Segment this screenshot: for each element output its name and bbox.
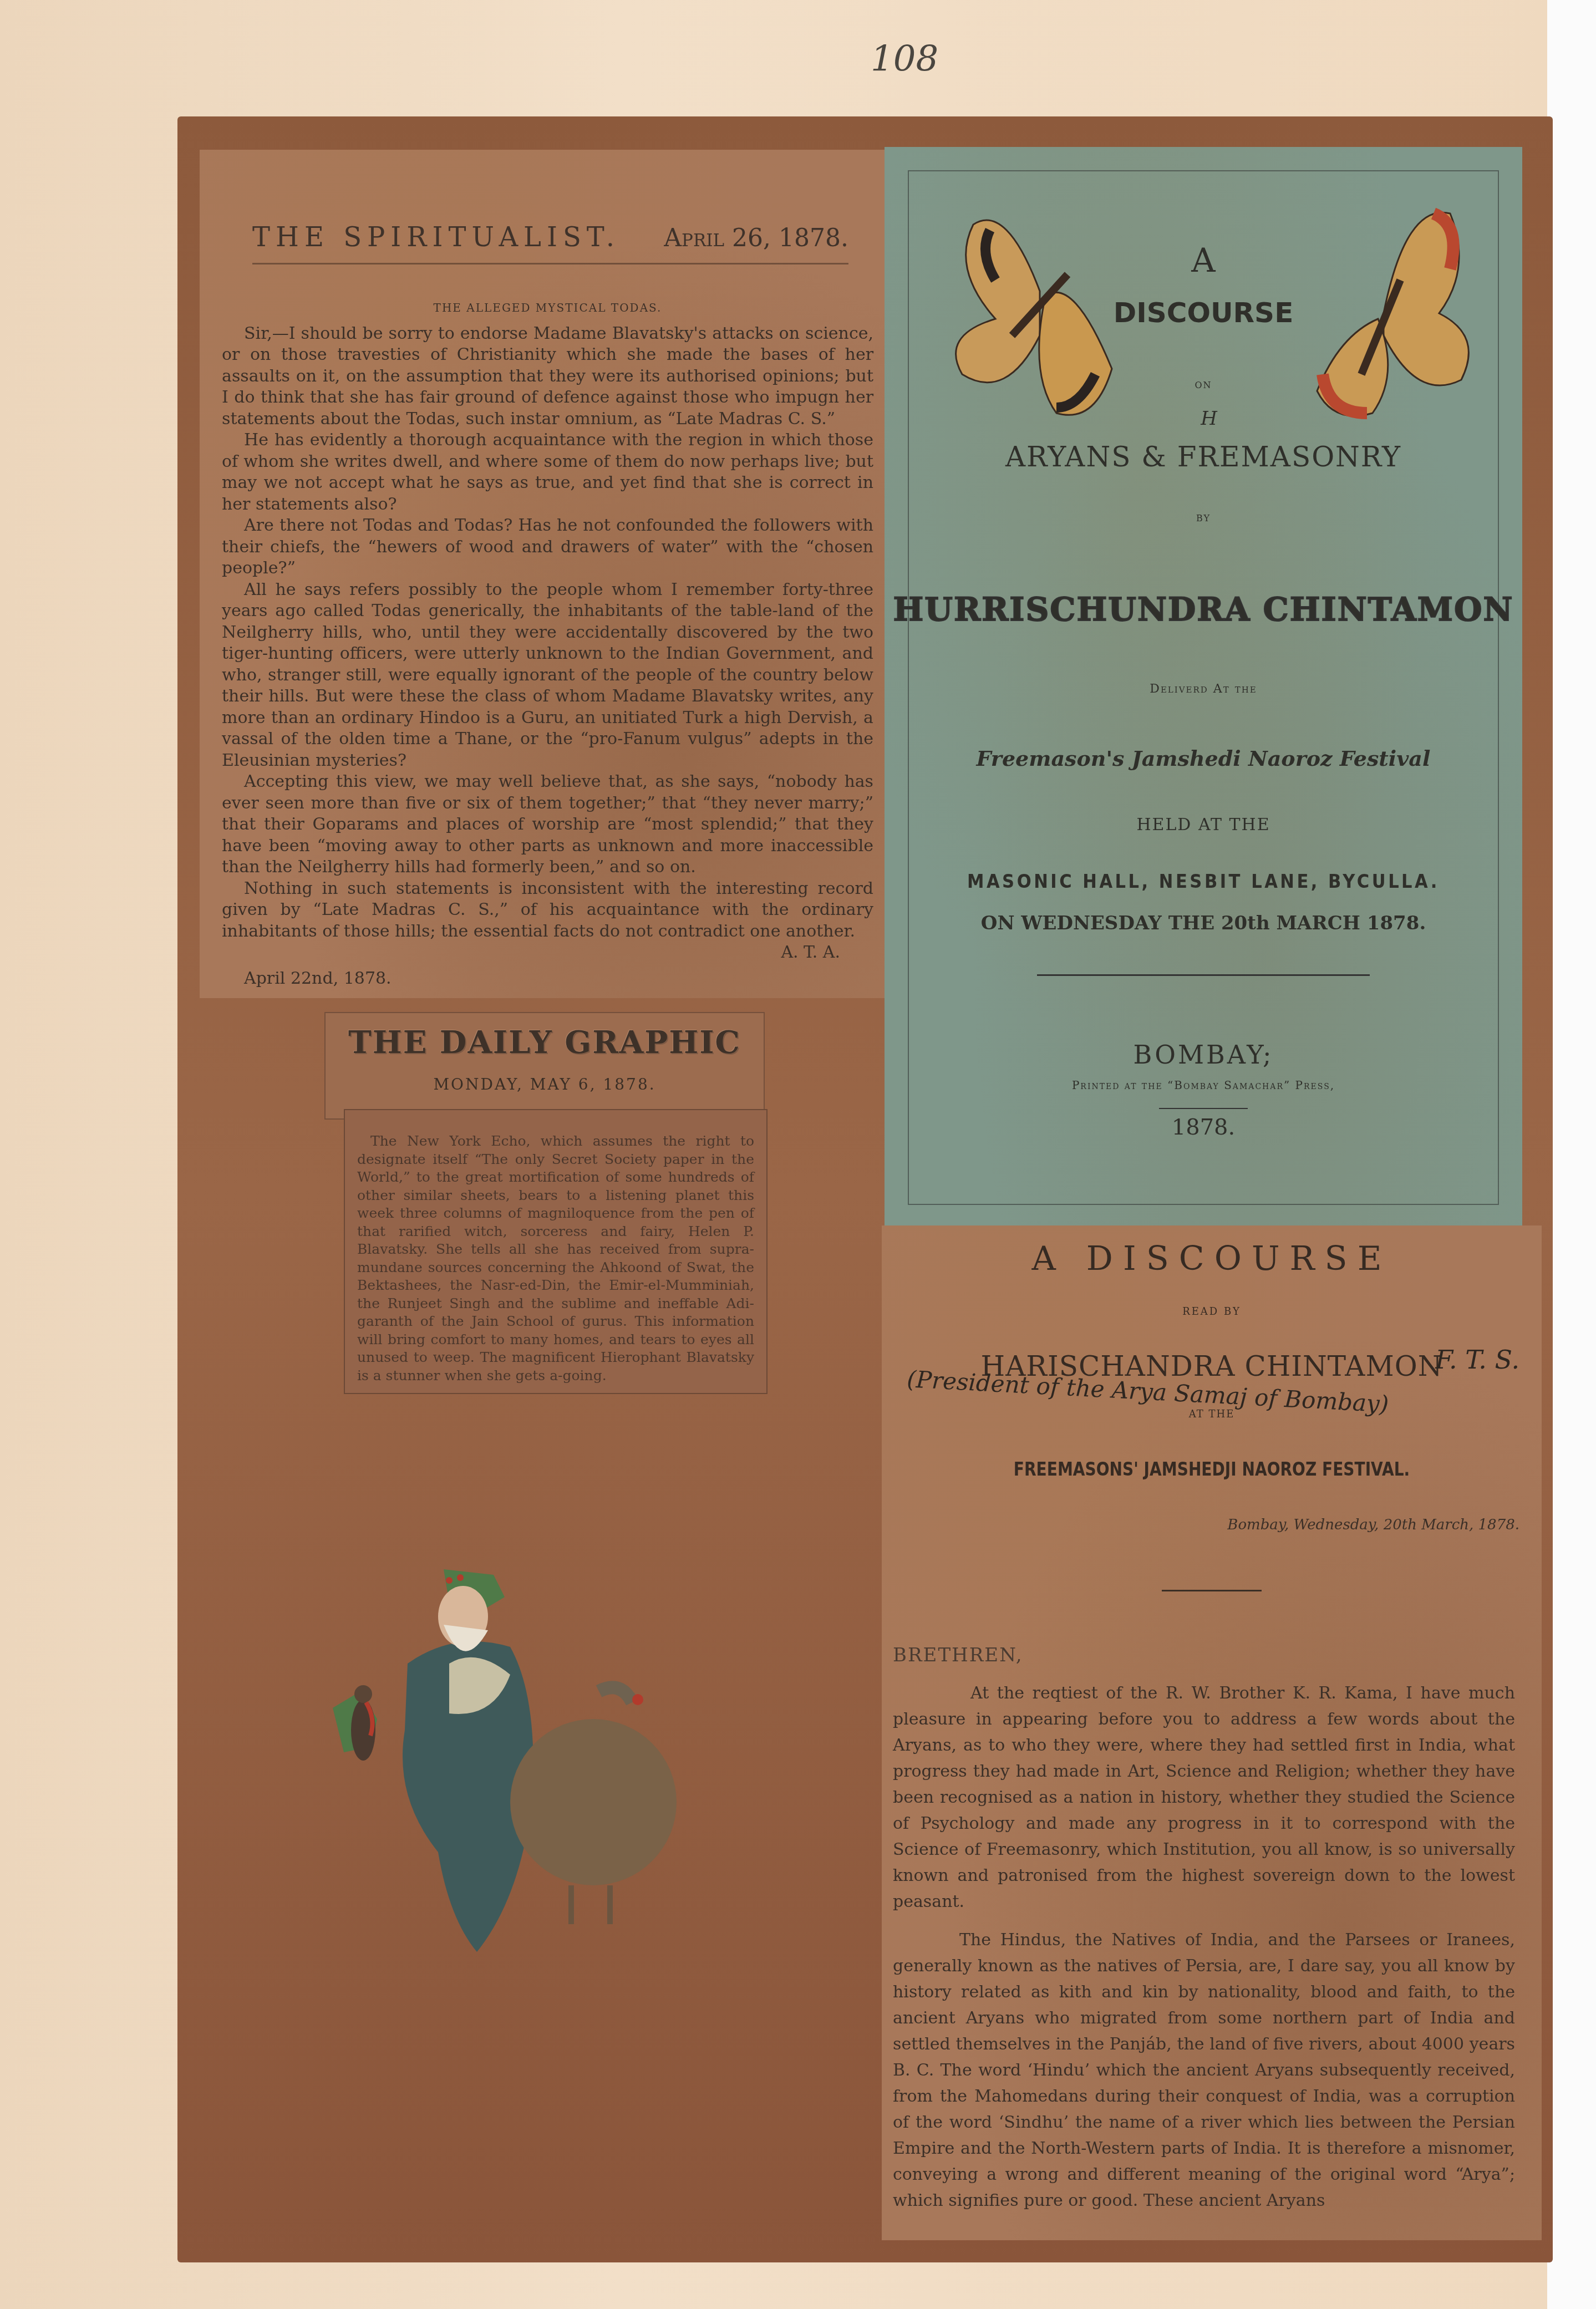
cover-venue: MASONIC HALL, NESBIT LANE, BYCULLA. [917,871,1491,893]
santa-figure-icon [403,1574,533,1952]
cover-date: ON WEDNESDAY THE 20th MARCH 1878. [885,912,1522,934]
handwritten-mark: H [896,408,1522,430]
discourse-salutation: BRETHREN, [893,1644,1023,1666]
article-paragraph: All he says refers possibly to the peopl… [222,579,873,772]
discourse-at-the: AT THE [882,1408,1542,1420]
article-dateline: April 22nd, 1878. [222,968,873,990]
masthead-date: April 26, 1878. [664,224,848,252]
discourse-dateline: Bombay, Wednesday, 20th March, 1878. [1227,1517,1519,1533]
daily-graphic-text: The New York Echo, which assumes the rig… [357,1132,754,1385]
cover-delivered: Deliverd At the [885,682,1522,696]
cover-on: ON [885,380,1522,390]
masthead-title: THE SPIRITUALIST. [252,222,620,253]
rule-divider [885,1101,1522,1111]
spiritualist-masthead: THE SPIRITUALIST. April 26, 1878. [252,222,848,265]
cover-held: HELD AT THE [885,815,1522,835]
article-headline: THE ALLEGED MYSTICAL TODAS. [222,297,873,319]
spiritualist-article: THE ALLEGED MYSTICAL TODAS. Sir,—I shoul… [222,283,873,989]
cover-year: 1878. [885,1115,1522,1140]
cover-printer: Printed at the “Bombay Samachar” Press, [885,1079,1522,1092]
scrapbook-page: 108 THE SPIRITUALIST. April 26, 1878. TH… [0,0,1547,2309]
turkey-icon [510,1687,677,1924]
discourse-read-by: READ BY [882,1306,1542,1318]
pamphlet-cover: A DISCOURSE ON H ARYANS & FREMASONRY BY … [885,147,1522,1228]
daily-graphic-masthead: THE DAILY GRAPHIC MONDAY, MAY 6, 1878. [324,1012,765,1120]
handwritten-fts: F. T. S. [1435,1345,1519,1375]
discourse-page: A DISCOURSE READ BY HARISCHANDRA CHINTAM… [882,1225,1542,2240]
father-christmas-illustration [311,1564,688,1963]
article-signature: A. T. A. [222,942,873,964]
cover-city: BOMBAY; [885,1040,1522,1070]
discourse-body: At the reqtiest of the R. W. Brother K. … [893,1680,1515,2226]
cover-author: HURRISCHUNDRA CHINTAMON [885,591,1522,628]
flourish-divider [885,968,1522,979]
discourse-festival: FREEMASONS' JAMSHEDJI NAOROZ FESTIVAL. [931,1458,1492,1480]
cover-subject: ARYANS & FREMASONRY [885,441,1522,473]
daily-graphic-date: MONDAY, MAY 6, 1878. [326,1075,764,1094]
cover-discourse: DISCOURSE [885,297,1522,329]
discourse-title: A DISCOURSE [882,1239,1542,1278]
daily-graphic-article: The New York Echo, which assumes the rig… [344,1109,767,1394]
article-paragraph: He has evidently a thorough acquaintance… [222,430,873,515]
cover-by: BY [885,513,1522,523]
discourse-paragraph: At the reqtiest of the R. W. Brother K. … [893,1680,1515,1915]
article-paragraph: Nothing in such statements is inconsiste… [222,878,873,943]
article-paragraph: Sir,—I should be sorry to endorse Madame… [222,323,873,430]
spiritualist-clipping: THE SPIRITUALIST. April 26, 1878. THE AL… [200,150,887,998]
article-paragraph: Accepting this view, we may well believe… [222,771,873,878]
daily-graphic-title: THE DAILY GRAPHIC [326,1024,764,1061]
cover-festival: Freemason's Jamshedi Naoroz Festival [885,746,1522,771]
ornament-divider [882,1583,1542,1594]
article-paragraph: Are there not Todas and Todas? Has he no… [222,515,873,579]
page-number: 108 [871,39,938,80]
cover-article: A [885,241,1522,280]
discourse-paragraph: The Hindus, the Natives of India, and th… [893,1927,1515,2214]
